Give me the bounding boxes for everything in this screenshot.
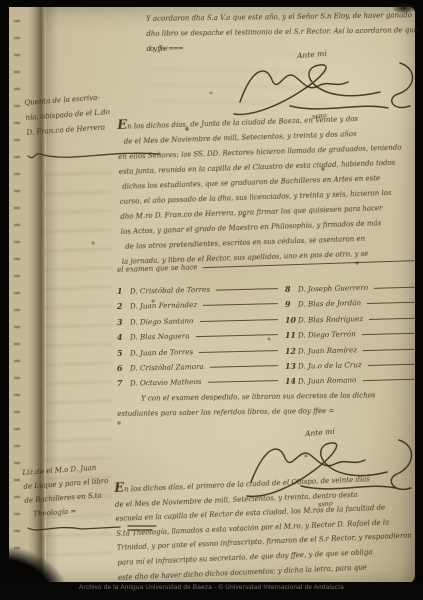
- graduates-list-left: 1D. Cristóbal de Torres 2D. Juan Fernánd…: [117, 281, 280, 389]
- leader-line: [207, 381, 277, 384]
- manuscript-scan: Y acordaron dha S.a V.a que este año, y …: [0, 0, 423, 600]
- list-item: 7D. Octavio Matheos: [117, 369, 280, 388]
- leader-line: [374, 287, 416, 289]
- bottom-paragraph: En los dichos días, el primero de la ciu…: [114, 469, 420, 585]
- leader-line: [216, 288, 278, 291]
- leader-line: [210, 365, 278, 368]
- leader-line: [203, 304, 278, 307]
- item-number: 7: [117, 378, 130, 388]
- watermark-caption: Archivo de la Antigua Universidad de Bae…: [0, 584, 423, 591]
- leader-line: [367, 303, 416, 305]
- item-number: 3: [117, 317, 130, 327]
- list-item: 14D. Juan Romano: [285, 368, 418, 387]
- leader-line: [368, 364, 416, 366]
- ink-specks: [0, 0, 2, 2]
- leader-line: [199, 319, 277, 322]
- leader-line: [196, 335, 278, 338]
- item-number: 2: [117, 301, 130, 311]
- leader-line: [362, 380, 415, 382]
- item-number: 10: [285, 315, 298, 325]
- graduates-list-right: 8D. Joseph Guerrero 9D. Blas de Jordán 1…: [285, 279, 418, 387]
- item-number: 11: [285, 330, 298, 340]
- item-number: 5: [117, 348, 130, 358]
- body-paragraph: En los dichos días, de Junta de la ciuda…: [117, 108, 423, 270]
- top-paragraph: Y acordaron dha S.a V.a que este año, y …: [146, 8, 419, 57]
- item-number: 12: [285, 346, 298, 356]
- item-name: D. Juan Romano: [298, 376, 357, 386]
- leader-line: [369, 318, 416, 320]
- item-number: 4: [117, 332, 130, 342]
- leader-line: [199, 350, 278, 353]
- item-number: 14: [285, 376, 298, 386]
- leader-line: [363, 349, 416, 351]
- item-number: 9: [285, 299, 298, 309]
- closing-paragraph: Y con el examen despedido, se libraron s…: [117, 388, 417, 422]
- item-name: D. Octavio Matheos: [130, 378, 202, 389]
- facing-page-text-edges: [14, 20, 20, 570]
- leader-line: [362, 333, 416, 335]
